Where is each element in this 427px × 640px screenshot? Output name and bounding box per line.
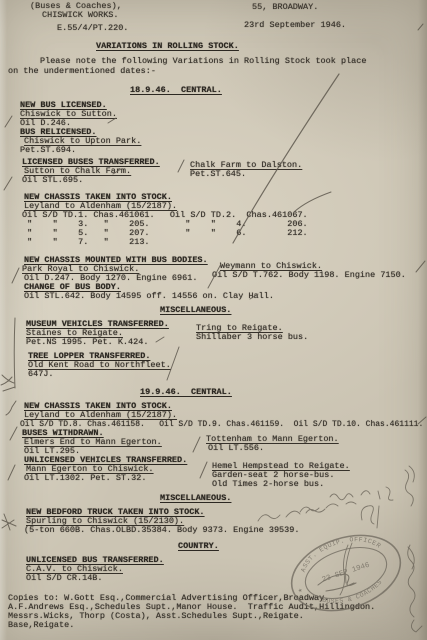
check-mark xyxy=(10,427,17,440)
miscellaneous-heading-18: MISCELLANEOUS. xyxy=(160,306,231,315)
document-title: VARIATIONS IN ROLLING STOCK. xyxy=(96,42,239,51)
check-mark xyxy=(418,24,423,30)
section-heading-19-9-46: 19.9.46. CENTRAL. xyxy=(140,388,232,397)
check-mark xyxy=(178,160,184,172)
licensed-buses-transferred-right-detail: Pet.ST.645. xyxy=(190,170,246,179)
check-mark xyxy=(156,337,164,342)
change-of-bus-body-detail: Oil STL.642. Body 14595 off. 14556 on. C… xyxy=(24,292,274,301)
museum-vehicles-right-detail: Shillaber 3 horse bus. xyxy=(196,333,308,342)
check-mark xyxy=(6,401,16,415)
check-mark xyxy=(8,465,15,480)
intro-line-1: Please note the following Variations in … xyxy=(40,57,366,66)
check-mark xyxy=(200,462,207,478)
country-heading: COUNTRY. xyxy=(178,542,219,551)
check-mark xyxy=(416,261,425,272)
miscellaneous-heading-19: MISCELLANEOUS. xyxy=(160,494,231,503)
stamp-top-text: ASST. EQUIP. OFFICER xyxy=(294,526,384,575)
document-page: (Buses & Coaches), CHISWICK WORKS. 55, B… xyxy=(0,0,427,640)
new-chassis-route-19: Leyland to Aldenham (15/2187). xyxy=(24,411,177,420)
licensed-buses-transferred-left-detail: Oil STL.695. xyxy=(22,176,83,185)
unlicensed-vehicles-left-detail: Oil LT.1302. Pet. ST.32. xyxy=(24,474,146,483)
check-mark xyxy=(4,177,12,190)
reference-number: E.55/4/PT.220. xyxy=(57,24,128,33)
section-heading-18-9-46: 18.9.46. CENTRAL. xyxy=(130,86,222,95)
works-name: CHISWICK WORKS. xyxy=(42,11,119,20)
intro-line-2: on the undermentioned dates:- xyxy=(8,67,156,76)
bus-relicensed-detail: Pet.ST.694. xyxy=(20,146,76,155)
buses-withdrawn-right-detail: Oil LT.556. xyxy=(208,444,264,453)
address: 55, BROADWAY. xyxy=(252,3,318,12)
margin-scribble xyxy=(2,514,16,530)
unlicensed-vehicles-right-detail-2: Old Times 2-horse bus. xyxy=(212,480,324,489)
tree-lopper-detail: 647J. xyxy=(28,370,54,379)
stamp-date: 23 SEP 1946 xyxy=(321,561,371,584)
check-mark xyxy=(294,192,331,212)
museum-vehicles-left-detail: Pet.NS 1995. Pet. K.424. xyxy=(26,338,148,347)
margin-line xyxy=(14,318,15,388)
margin-scribble xyxy=(1,375,15,391)
check-mark xyxy=(193,437,200,452)
document-date: 23rd September 1946. xyxy=(244,21,346,30)
chassis-table-row: " " 7. " 213. xyxy=(22,238,150,247)
unlicensed-bus-detail: Oil S/D CR.14B. xyxy=(26,574,103,583)
check-mark xyxy=(5,116,12,127)
chassis-mounted-right-detail: Oil S/D T.762. Body 1198. Engine 7150. xyxy=(212,271,406,280)
check-mark xyxy=(12,268,19,283)
copies-line-4: Base,Reigate. xyxy=(8,621,74,630)
bedford-truck-detail: (5-ton 660B. Chas.OLBD.35384. Body 9373.… xyxy=(24,526,299,535)
